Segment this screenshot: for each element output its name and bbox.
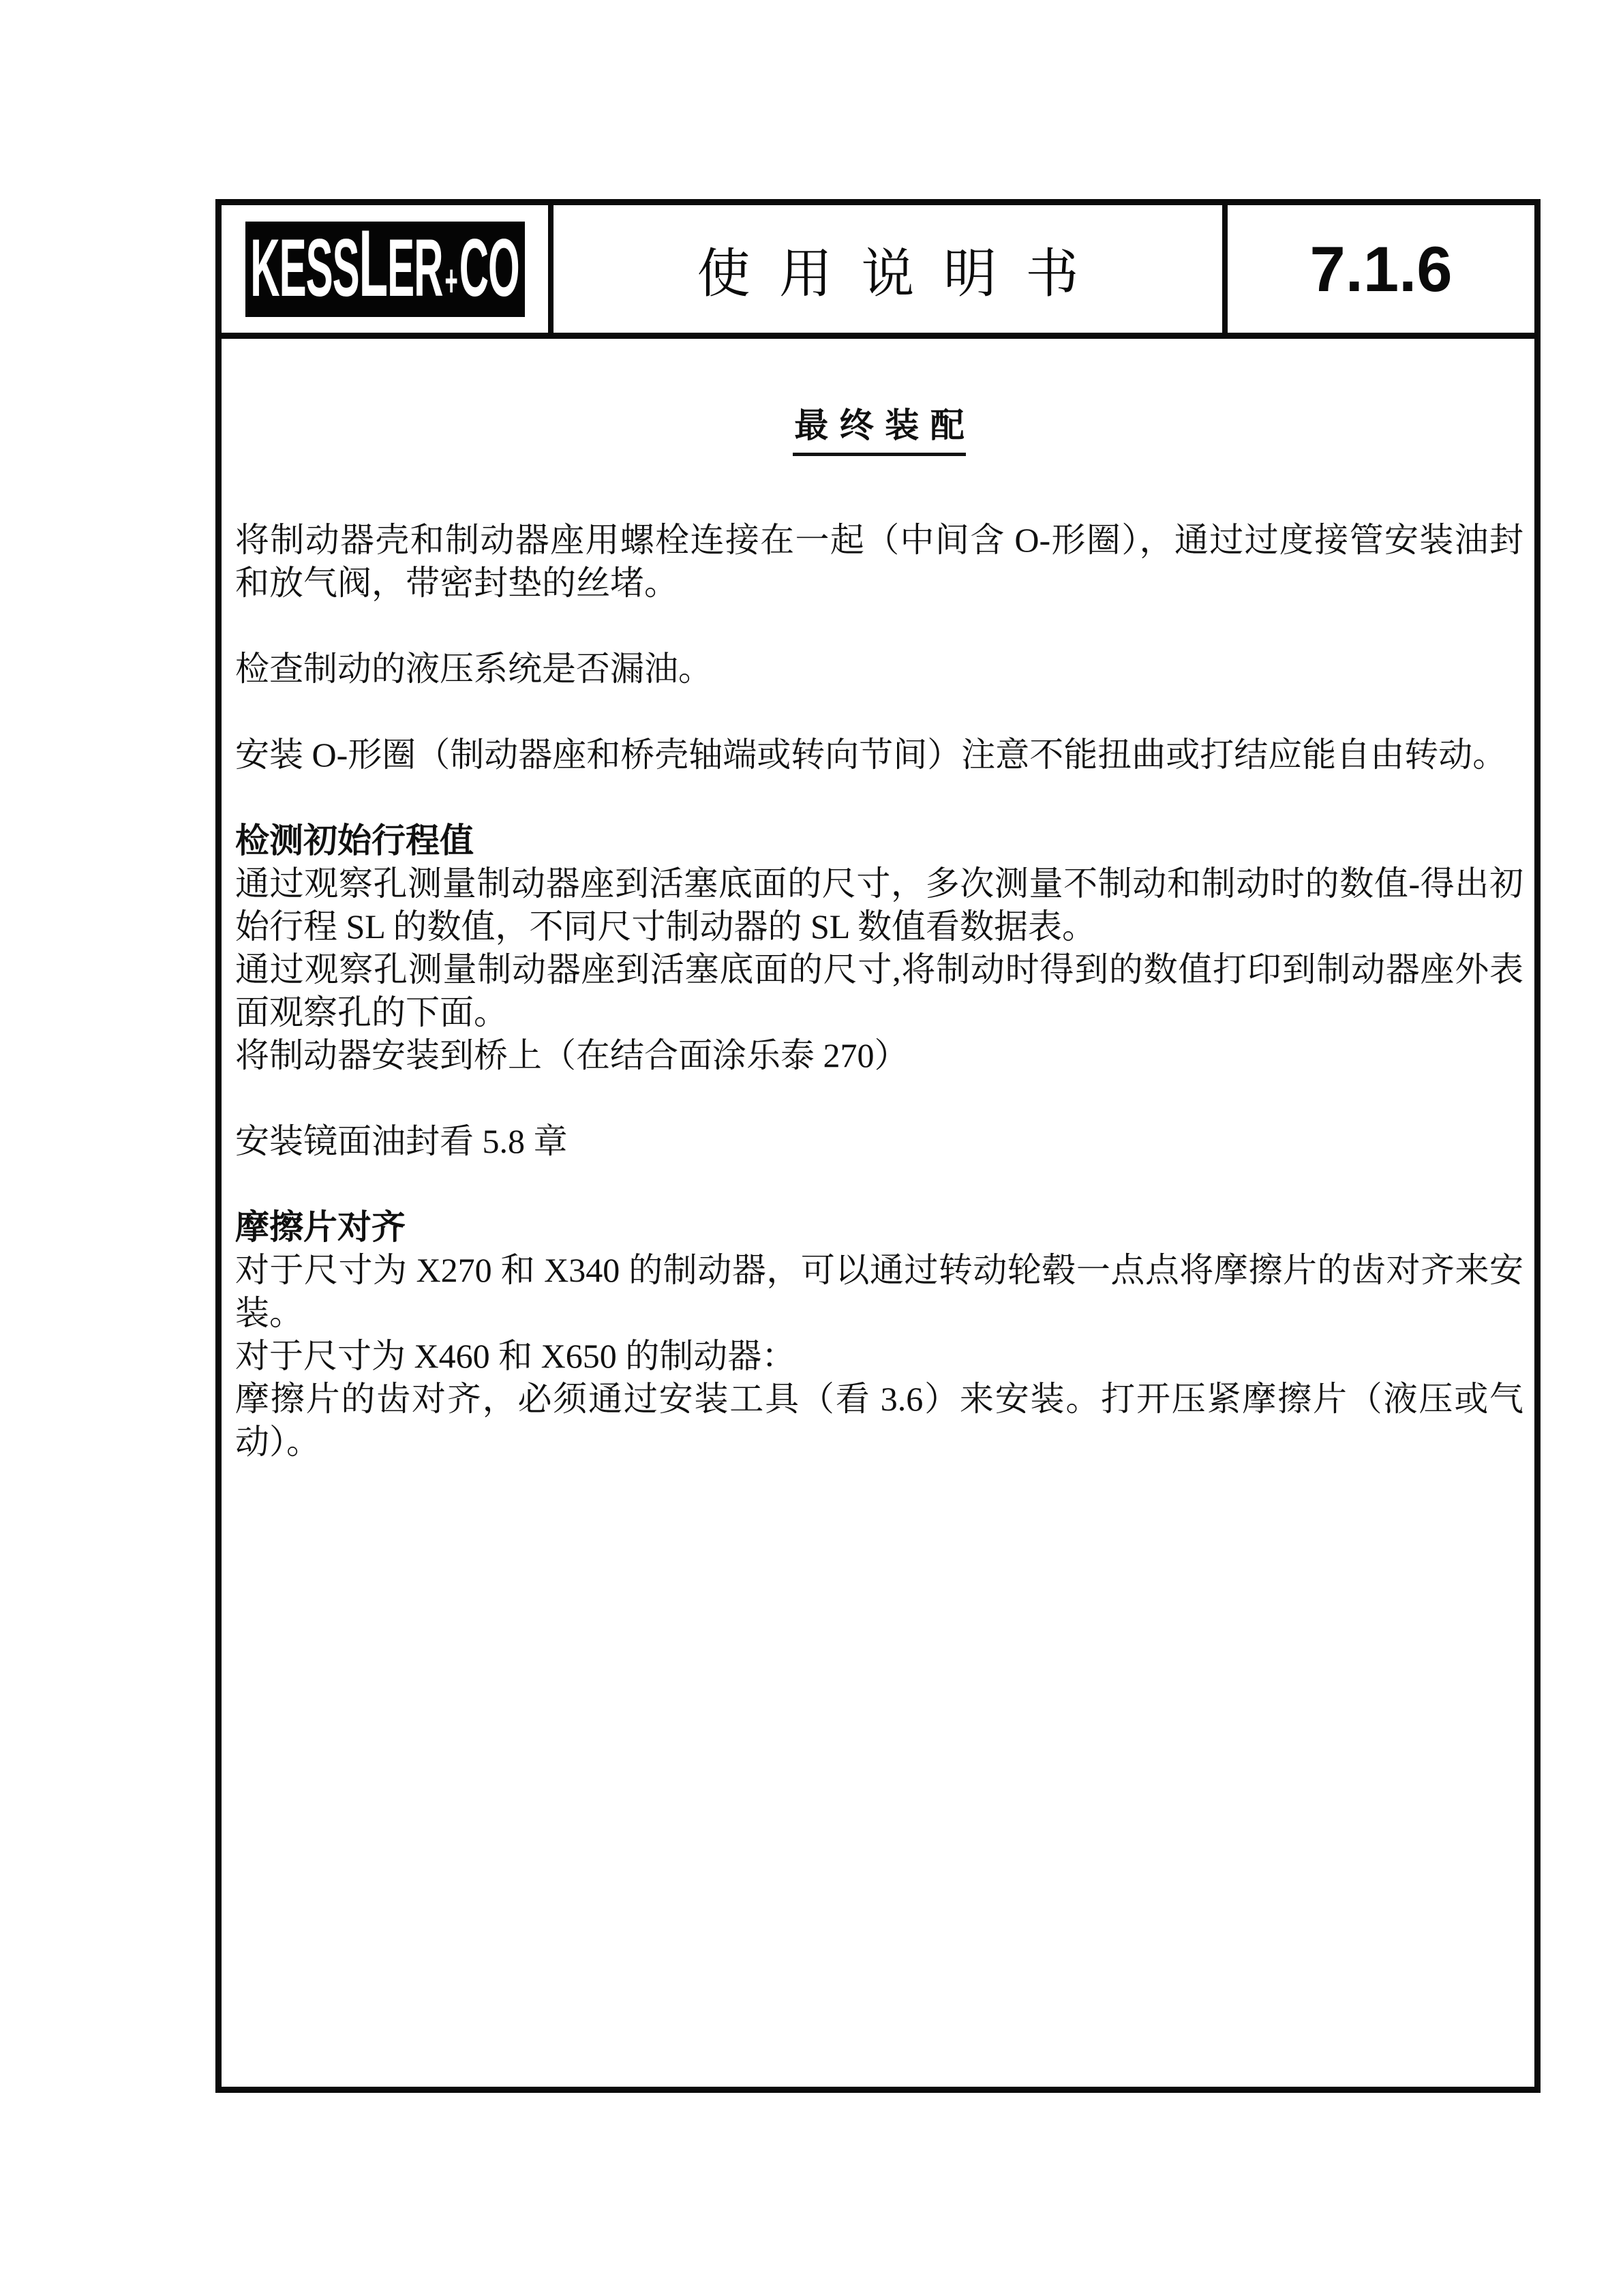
page: { "header": { "logo": { "full_text": "KE… [0,0,1623,2296]
logo-text-part3: ER [387,227,442,309]
paragraph-print-value: 通过观察孔测量制动器座到活塞底面的尺寸,将制动时得到的数值打印到制动器座外表面观… [235,948,1523,1034]
friction-pads-section: 摩擦片对齐 对于尺寸为 X270 和 X340 的制动器，可以通过转动轮毂一点点… [235,1206,1523,1464]
doc-number: 7.1.6 [1309,232,1452,306]
paragraph-tool-install: 摩擦片的齿对齐，必须通过安装工具（看 3.6）来安装。打开压紧摩擦片（液压或气动… [235,1378,1523,1464]
paragraph-x270-x340: 对于尺寸为 X270 和 X340 的制动器，可以通过转动轮毂一点点将摩擦片的齿… [235,1249,1523,1335]
header-row: KESSLER+CO 使 用 说 明 书 7.1.6 [222,205,1534,339]
logo-plus-icon: + [444,258,457,303]
logo-text-part1: KESS [250,227,359,309]
logo-text-part4: CO [459,227,519,309]
paragraph-bolt-assembly: 将制动器壳和制动器座用螺栓连接在一起（中间含 O-形圈），通过过度接管安装油封和… [235,519,1523,605]
initial-travel-section: 检测初始行程值 通过观察孔测量制动器座到活塞底面的尺寸，多次测量不制动和制动时的… [235,819,1523,1077]
paragraph-mirror-seal: 安装镜面油封看 5.8 章 [235,1120,1523,1163]
document-frame: KESSLER+CO 使 用 说 明 书 7.1.6 最 终 装 配 将制动器壳… [215,199,1541,2093]
paragraph-check-hydraulic: 检查制动的液压系统是否漏油。 [235,648,1523,691]
section-title-wrap: 最 终 装 配 [235,404,1523,456]
logo-text-tall-l: L [359,222,387,311]
heading-initial-travel: 检测初始行程值 [235,819,1523,862]
document-body: 最 终 装 配 将制动器壳和制动器座用螺栓连接在一起（中间含 O-形圈），通过过… [222,339,1534,1464]
kessler-logo: KESSLER+CO [245,222,525,317]
paragraph-measure-sl: 通过观察孔测量制动器座到活塞底面的尺寸，多次测量不制动和制动时的数值-得出初始行… [235,862,1523,948]
header-cell-number: 7.1.6 [1222,205,1534,333]
paragraph-o-ring: 安装 O-形圈（制动器座和桥壳轴端或转向节间）注意不能扭曲或打结应能自由转动。 [235,734,1523,776]
heading-friction-pads: 摩擦片对齐 [235,1206,1523,1249]
kessler-logo-text: KESSLER+CO [250,222,519,311]
header-cell-logo: KESSLER+CO [222,205,553,333]
paragraph-mount-axle: 将制动器安装到桥上（在结合面涂乐泰 270） [235,1034,1523,1077]
paragraph-x460-x650: 对于尺寸为 X460 和 X650 的制动器： [235,1335,1523,1378]
manual-title: 使 用 说 明 书 [697,231,1078,307]
section-title: 最 终 装 配 [793,404,966,456]
header-cell-title: 使 用 说 明 书 [553,205,1222,333]
